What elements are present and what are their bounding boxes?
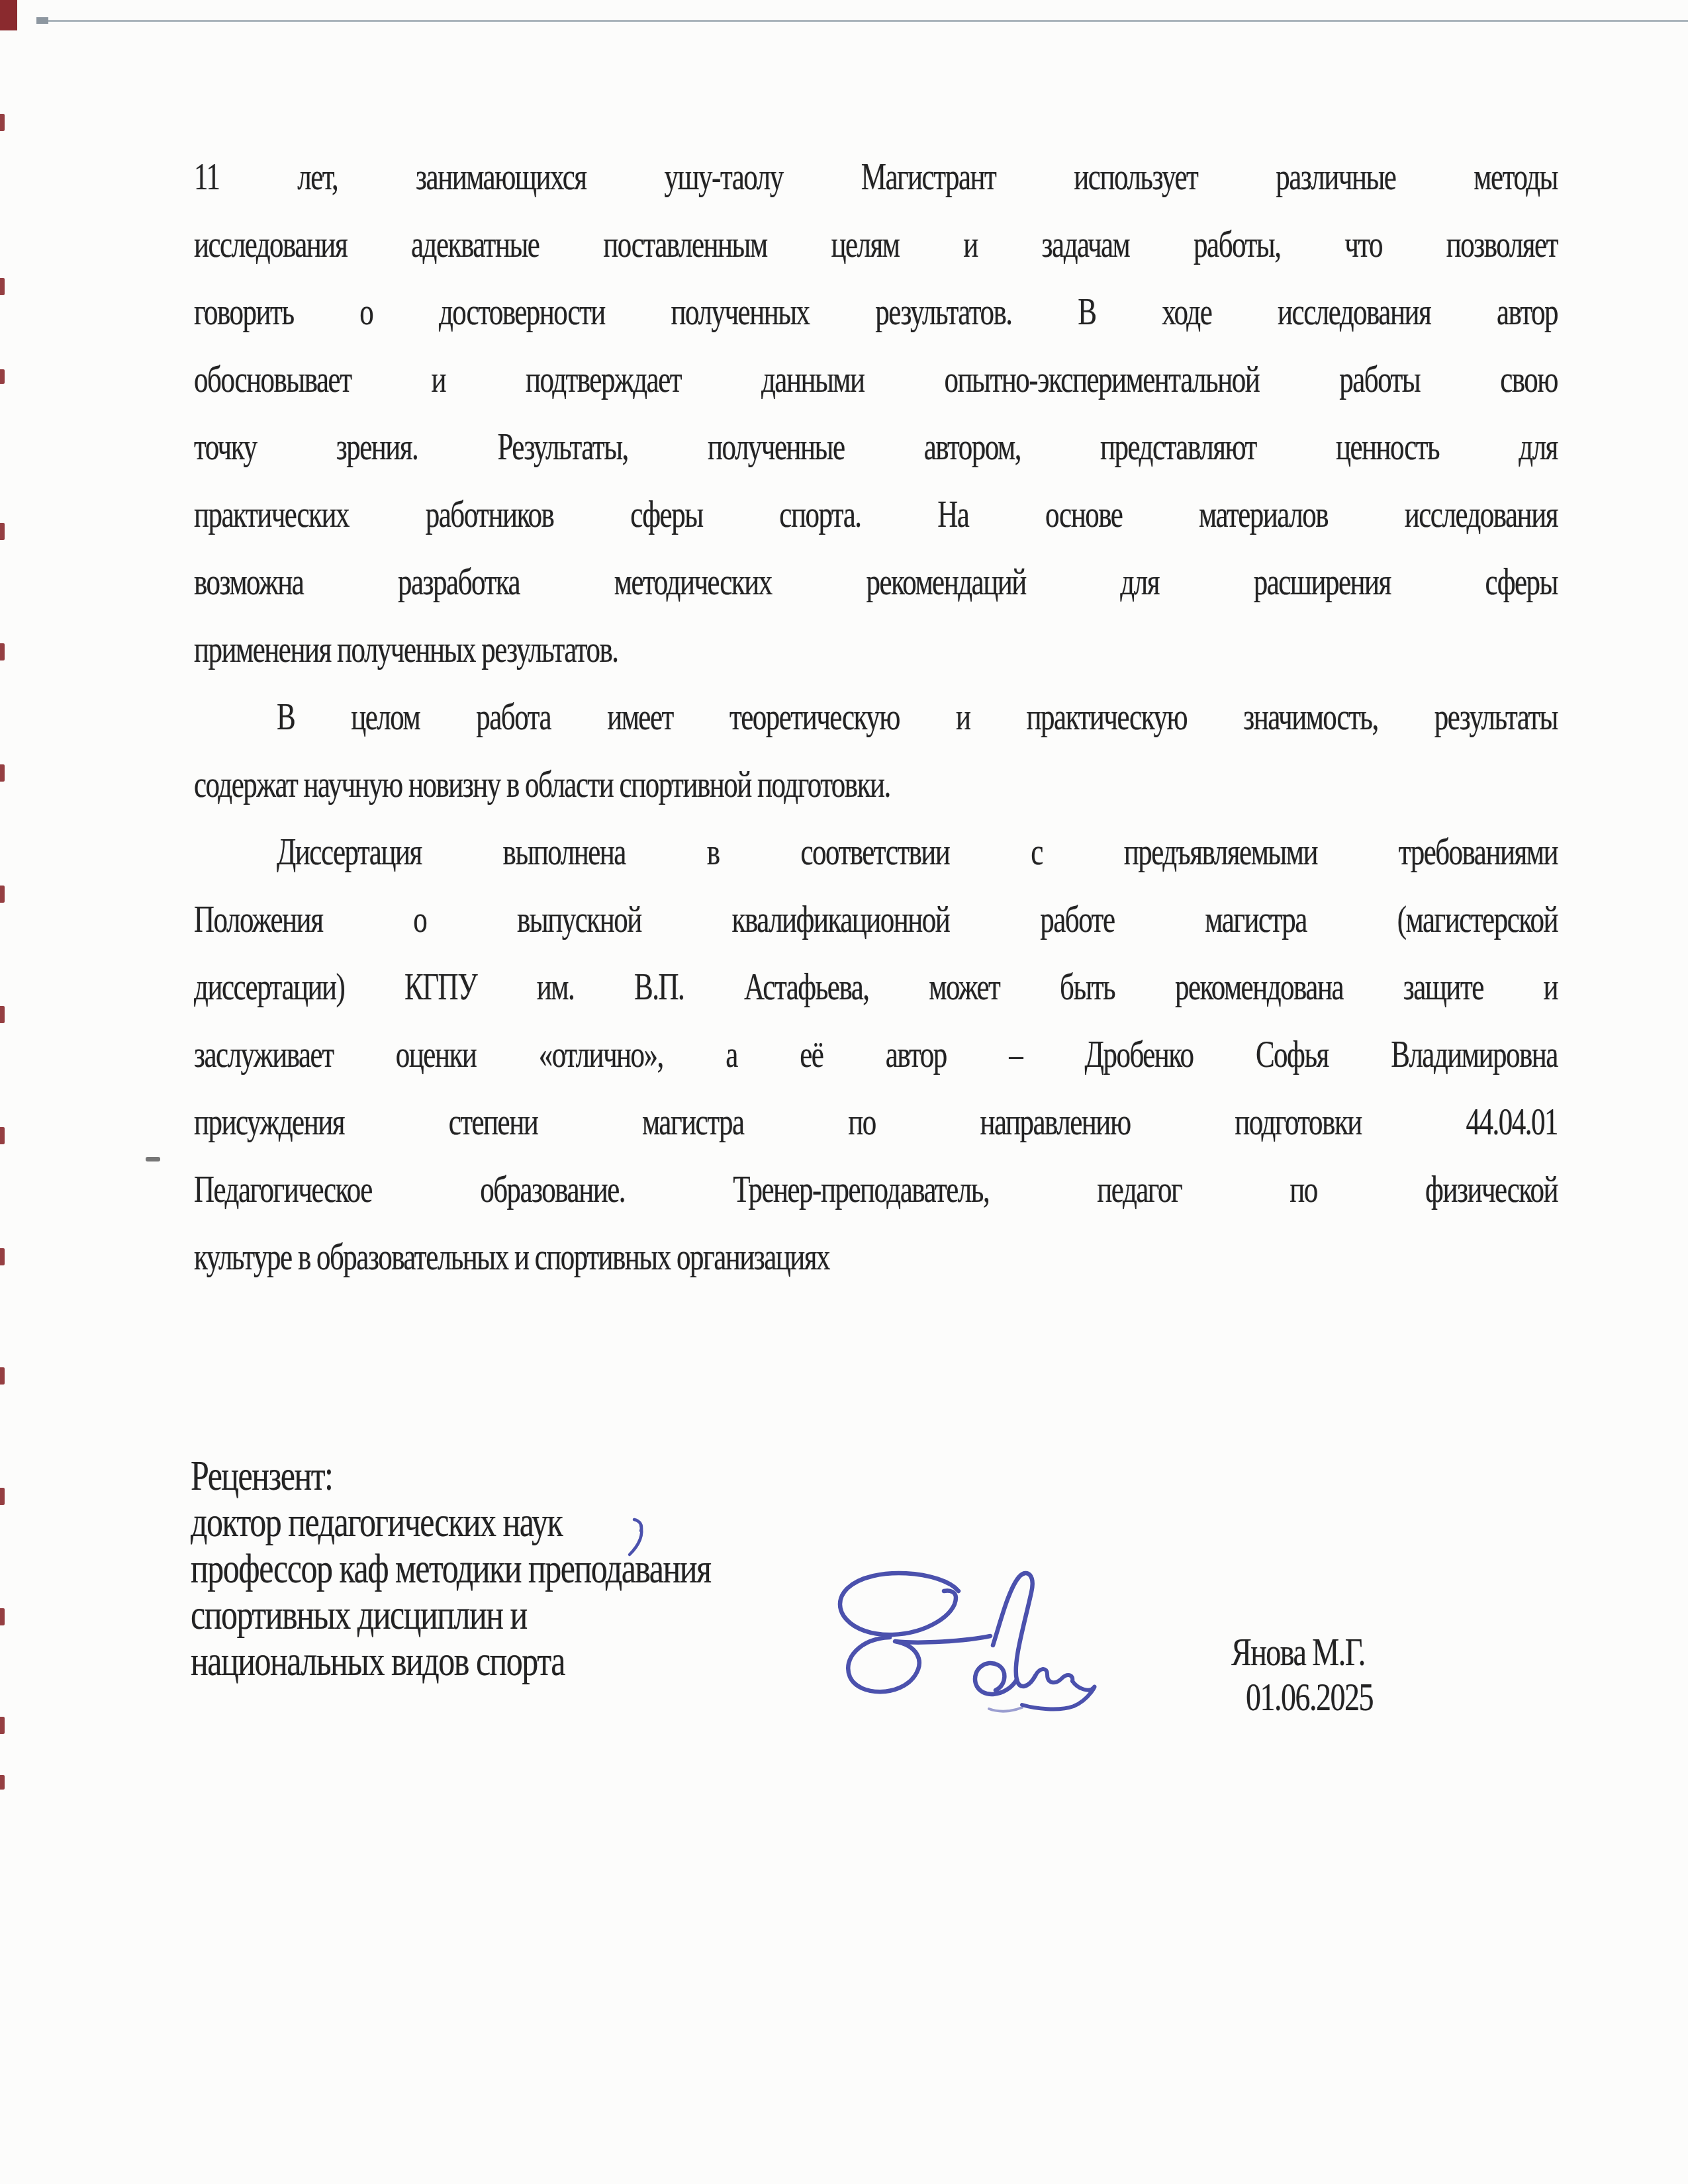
scan-speck: [146, 1157, 160, 1161]
scan-edge-mark: [0, 764, 5, 782]
scan-edge-mark: [0, 886, 5, 903]
scan-edge-mark: [0, 1006, 5, 1023]
text-line: культуре в образовательных и спортивных …: [194, 1212, 1558, 1303]
scan-line-artifact: [36, 20, 1688, 22]
scan-edge-mark: [0, 1488, 5, 1505]
scan-edge-mark: [0, 1127, 5, 1144]
document-body: 11лет,занимающихсяушу-таолуМагистрантисп…: [194, 144, 1558, 1291]
scan-edge-mark: [0, 369, 5, 384]
scan-edge-mark: [0, 1717, 5, 1734]
scan-edge-mark: [0, 1248, 5, 1265]
scan-edge-mark: [0, 1608, 5, 1625]
signatory-block: Янова М.Г. 01.06.2025: [1231, 1629, 1373, 1719]
scan-edge-mark: [0, 523, 5, 540]
scan-edge-mark: [0, 114, 5, 131]
scan-edge-mark: [0, 643, 5, 660]
handwritten-comma: [625, 1517, 647, 1558]
reviewer-line: национальных видов спорта: [191, 1631, 919, 1690]
signature-date: 01.06.2025: [1231, 1668, 1373, 1726]
signature: [826, 1559, 1098, 1718]
scan-edge-mark: [0, 278, 5, 295]
scan-line-tick-artifact: [36, 17, 48, 24]
scan-corner-artifact: [0, 0, 17, 30]
scan-edge-mark: [0, 1367, 5, 1385]
scanned-document-page: 11лет,занимающихсяушу-таолуМагистрантисп…: [0, 0, 1688, 2184]
scan-edge-mark: [0, 1775, 5, 1790]
reviewer-block: Рецензент:доктор педагогических наукпроф…: [191, 1452, 919, 1684]
